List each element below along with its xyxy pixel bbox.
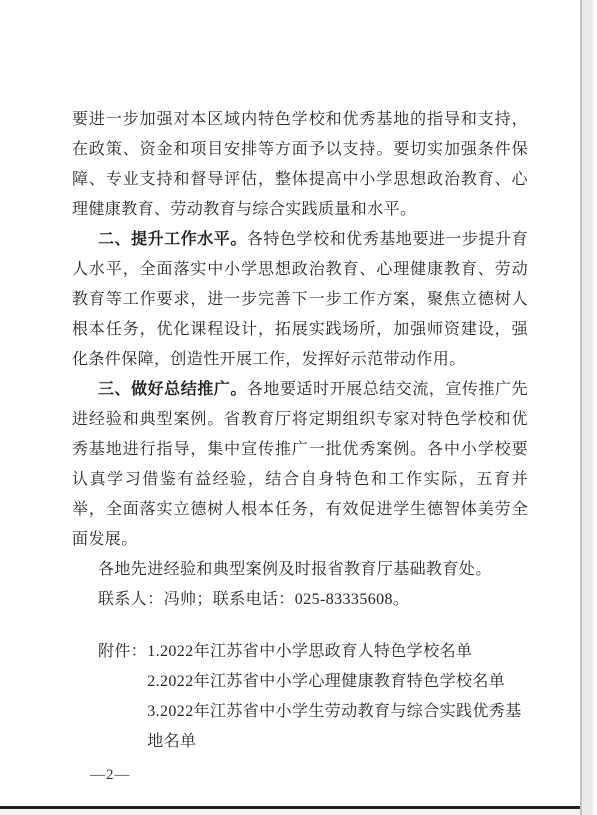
attachment-item-3: 3.2022年江苏省中小学生劳动教育与综合实践优秀基地名单 bbox=[147, 697, 528, 757]
paragraph-reporting: 各地先进经验和典型案例及时报省教育厅基础教育处。 bbox=[72, 555, 528, 585]
attachments-block: 附件： 1.2022年江苏省中小学思政育人特色学校名单 2.2022年江苏省中小… bbox=[98, 637, 528, 757]
paragraph-section-2: 二、提升工作水平。各特色学校和优秀基地要进一步提升育人水平，全面落实中小学思想政… bbox=[72, 225, 528, 375]
body-text: 要进一步加强对本区域内特色学校和优秀基地的指导和支持，在政策、资金和项目安排等方… bbox=[72, 105, 528, 757]
section-2-heading: 二、提升工作水平。 bbox=[98, 231, 247, 248]
section-3-heading: 三、做好总结推广。 bbox=[98, 381, 247, 398]
paragraph-contact: 联系人：冯帅；联系电话：025-83335608。 bbox=[72, 585, 528, 615]
paragraph-text: 要进一步加强对本区域内特色学校和优秀基地的指导和支持，在政策、资金和项目安排等方… bbox=[72, 111, 528, 218]
attachment-item-1: 1.2022年江苏省中小学思政育人特色学校名单 bbox=[147, 637, 528, 667]
page-number: —2— bbox=[90, 767, 131, 784]
attachments-label: 附件： bbox=[98, 637, 147, 757]
contact-text: 联系人：冯帅；联系电话：025-83335608。 bbox=[98, 591, 409, 608]
section-3-text: 各地要适时开展总结交流，宣传推广先进经验和典型案例。省教育厅将定期组织专家对特色… bbox=[72, 381, 528, 548]
paragraph-section-3: 三、做好总结推广。各地要适时开展总结交流，宣传推广先进经验和典型案例。省教育厅将… bbox=[72, 375, 528, 555]
scan-background-right bbox=[580, 0, 593, 815]
scan-background-bottom bbox=[0, 809, 580, 815]
attachment-item-2: 2.2022年江苏省中小学心理健康教育特色学校名单 bbox=[147, 667, 528, 697]
paragraph-text: 各地先进经验和典型案例及时报省教育厅基础教育处。 bbox=[98, 561, 492, 578]
paragraph-continuation: 要进一步加强对本区域内特色学校和优秀基地的指导和支持，在政策、资金和项目安排等方… bbox=[72, 105, 528, 225]
section-2-text: 各特色学校和优秀基地要进一步提升育人水平，全面落实中小学思想政治教育、心理健康教… bbox=[72, 231, 528, 368]
attachments-list: 1.2022年江苏省中小学思政育人特色学校名单 2.2022年江苏省中小学心理健… bbox=[147, 637, 528, 757]
